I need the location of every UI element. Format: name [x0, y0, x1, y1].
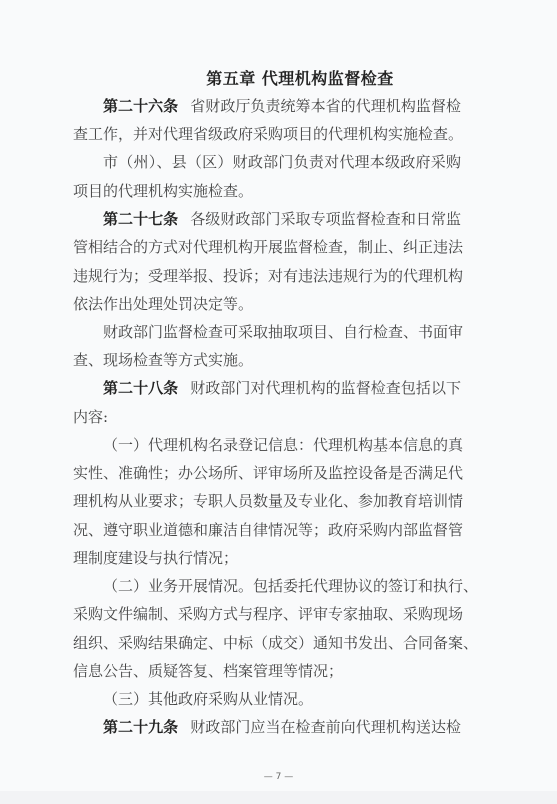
page-gap [0, 791, 557, 804]
paragraph-line: 内容: [73, 407, 461, 427]
list-item-2-line: （二）业务开展情况。包括委托代理协议的签订和执行、 [103, 576, 461, 596]
list-item-3-line: （三）其他政府采购从业情况。 [103, 689, 461, 709]
article-number: 第二十七条 [103, 210, 178, 228]
paragraph-line: 况、遵守职业道德和廉洁自律情况等；政府采购内部监督管 [73, 520, 461, 540]
article-26-line-2: 查工作，并对代理省级政府采购项目的代理机构实施检查。 [73, 124, 461, 144]
document-page: 第五章 代理机构监督检查 第二十六条省财政厅负责统筹本省的代理机构监督检 查工作… [0, 0, 557, 791]
paragraph-line: 查、现场检查等方式实施。 [73, 350, 461, 370]
paragraph-line: 信息公告、质疑答复、档案管理等情况； [73, 661, 461, 681]
paragraph-line: 违规行为；受理举报、投诉；对有违法违规行为的代理机构 [73, 266, 461, 286]
paragraph-line: 管相结合的方式对代理机构开展监督检查，制止、纠正违法 [73, 237, 461, 257]
paragraph-line: 项目的代理机构实施检查。 [73, 181, 461, 201]
page-number: — 7 — [0, 772, 557, 782]
paragraph-line: 理制度建设与执行情况； [73, 548, 461, 568]
paragraph-line: 依法作出处理处罚决定等。 [73, 294, 461, 314]
article-28-line-1: 第二十八条财政部门对代理机构的监督检查包括以下 [103, 378, 461, 398]
list-item-1-line: （一）代理机构名录登记信息：代理机构基本信息的真 [103, 435, 461, 455]
article-26-line-1: 第二十六条省财政厅负责统筹本省的代理机构监督检 [103, 96, 461, 116]
article-29-line-1: 第二十九条财政部门应当在检查前向代理机构送达检 [103, 717, 461, 737]
paragraph-line: 理机构从业要求；专职人员数量及专业化、参加教育培训情 [73, 491, 461, 511]
article-number: 第二十六条 [103, 97, 178, 115]
paragraph-line: 市（州）、县（区）财政部门负责对代理本级政府采购 [103, 152, 461, 172]
paragraph-line: 组织、采购结果确定、中标（成交）通知书发出、合同备案、 [73, 633, 461, 653]
paragraph-line: 实性、准确性；办公场所、评审场所及监控设备是否满足代 [73, 463, 461, 483]
paragraph-line: 采购文件编制、采购方式与程序、评审专家抽取、采购现场 [73, 604, 461, 624]
chapter-title: 第五章 代理机构监督检查 [0, 66, 557, 89]
article-number: 第二十九条 [103, 718, 178, 736]
article-number: 第二十八条 [103, 379, 178, 397]
article-27-line-1: 第二十七条各级财政部门采取专项监督检查和日常监 [103, 209, 461, 229]
paragraph-line: 财政部门监督检查可采取抽取项目、自行检查、书面审 [103, 322, 461, 342]
